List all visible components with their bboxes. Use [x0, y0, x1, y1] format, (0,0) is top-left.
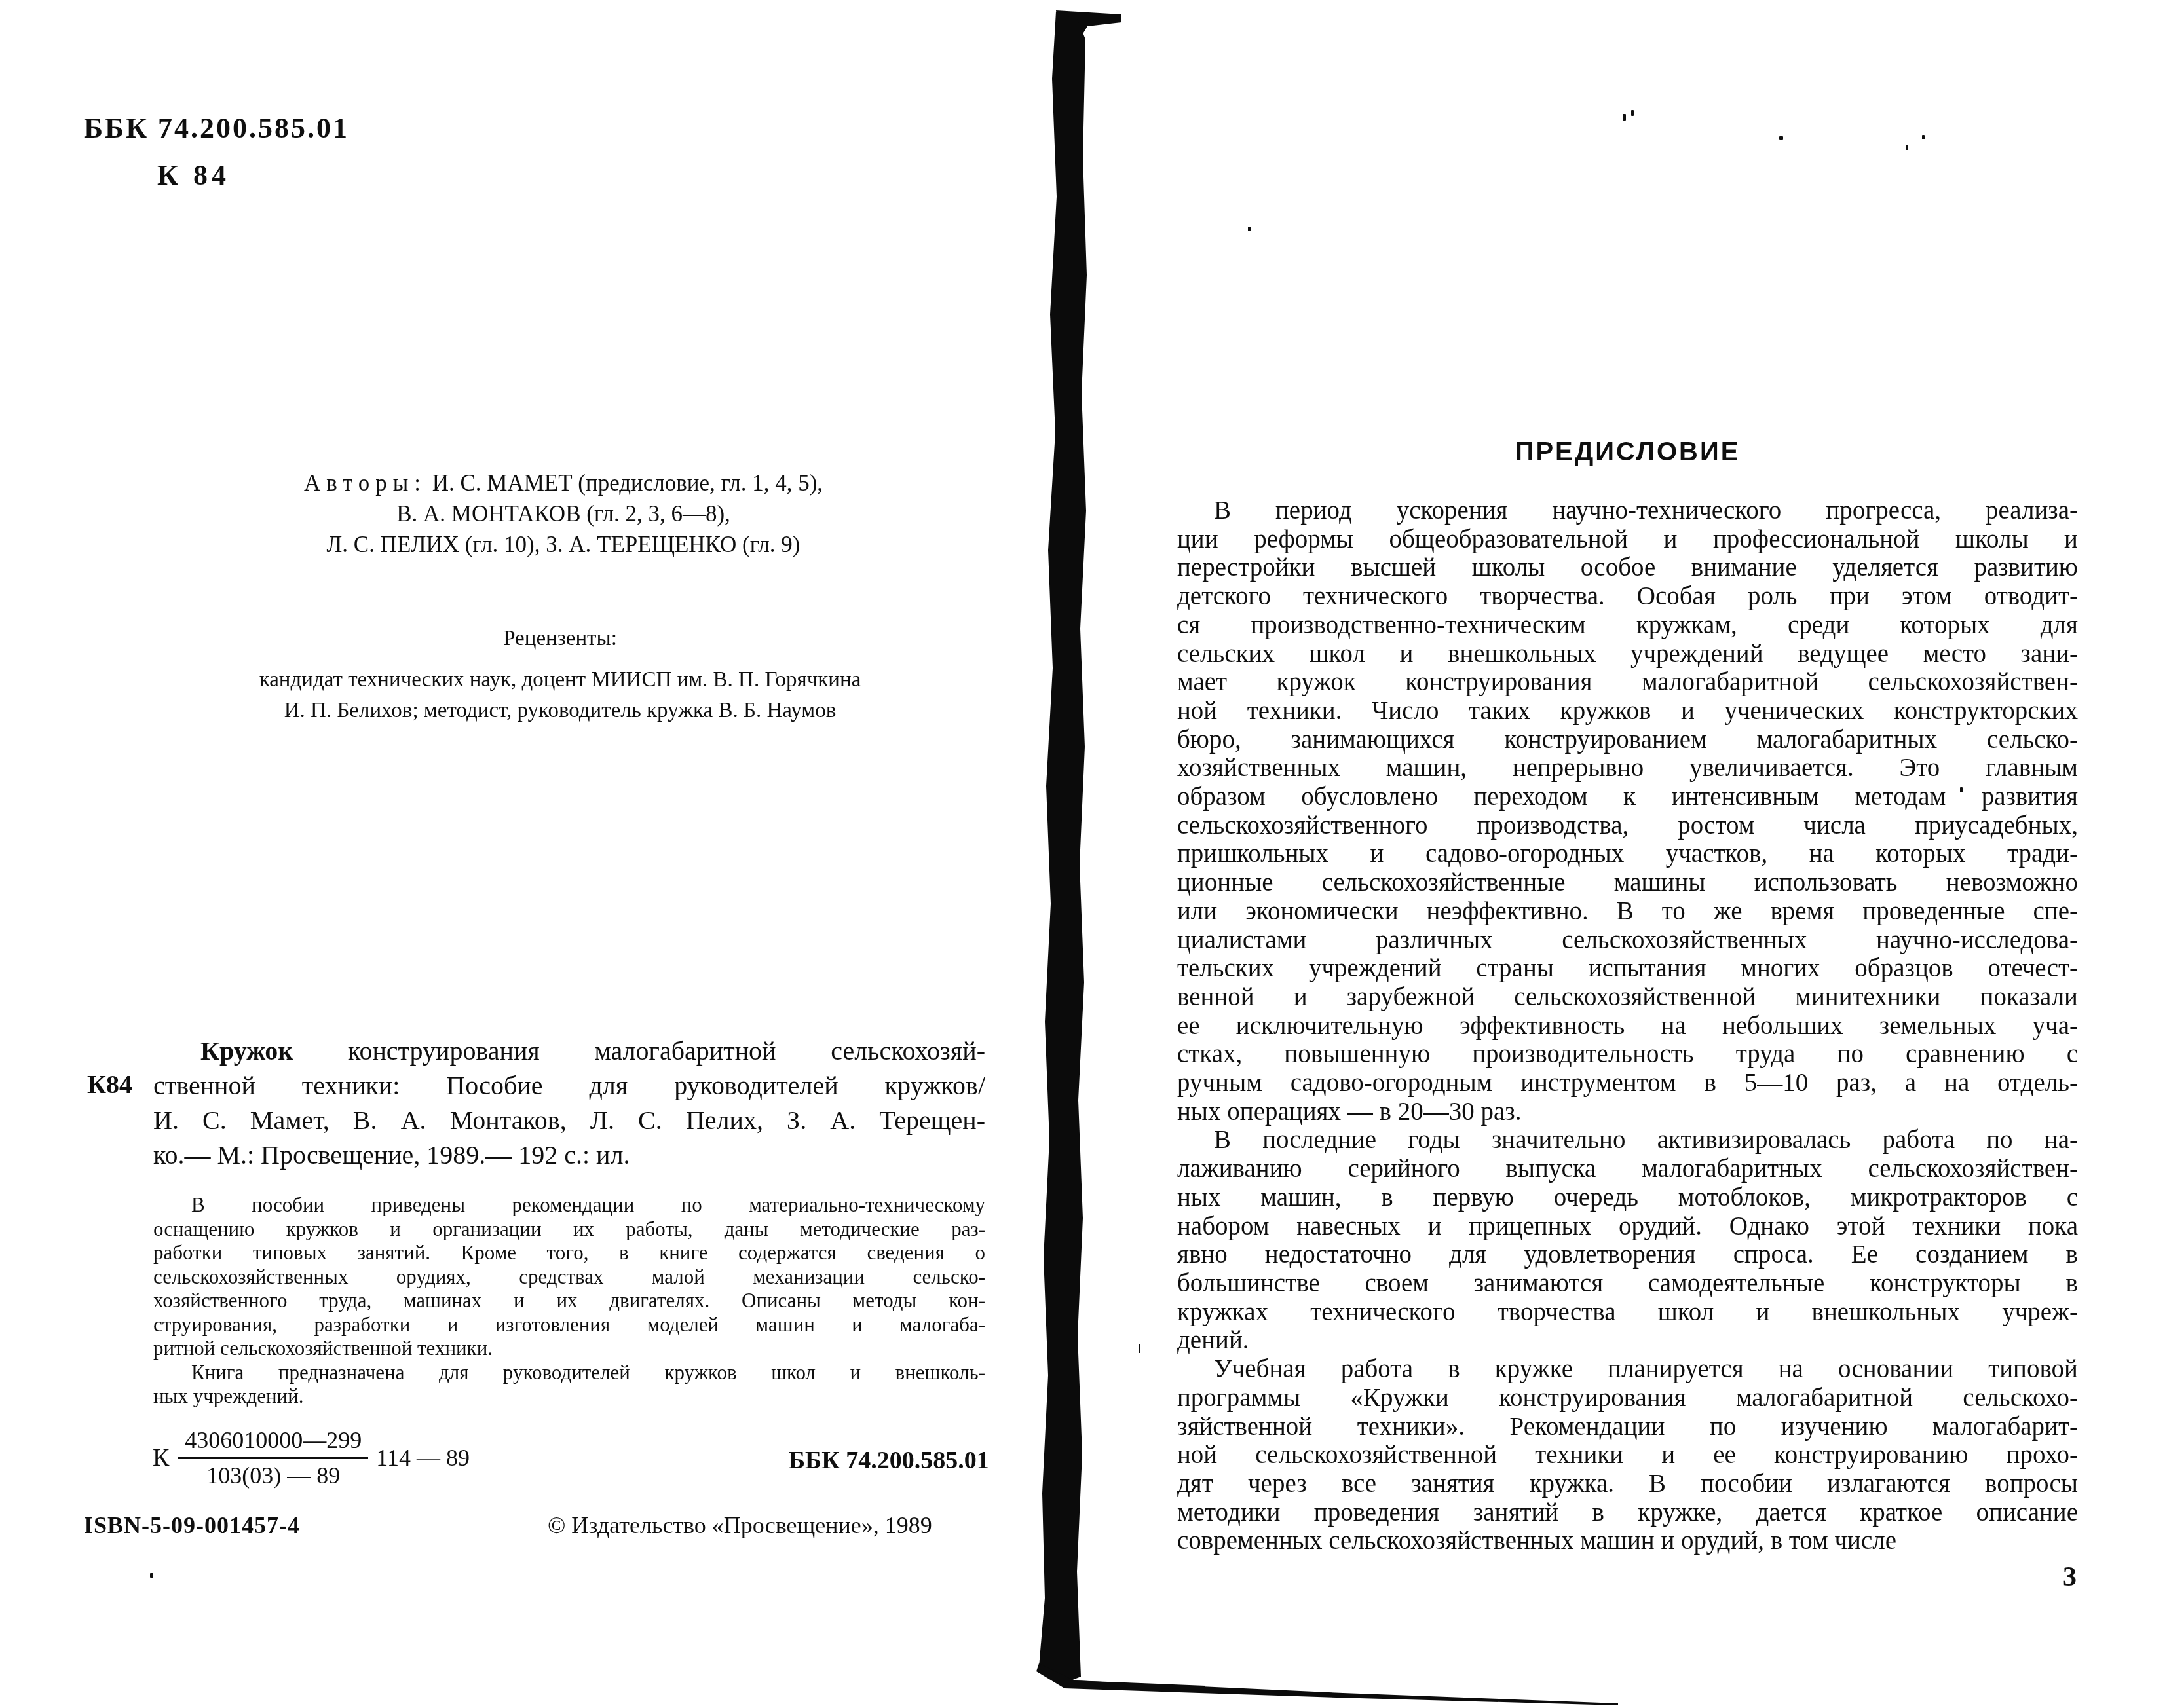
- text-line: образом обусловлено переходом к интенсив…: [1177, 783, 2078, 811]
- reviewer-line: И. П. Белихов; методист, руководитель кр…: [151, 696, 970, 726]
- text-line: сельскохозяйственного производства, рост…: [1177, 811, 2078, 840]
- authors-line: Авторы: И. С. МАМЕТ (предисловие, гл. 1,…: [183, 468, 943, 498]
- text-line: хозяйственных машин, непрерывно увеличив…: [1177, 754, 2078, 783]
- scan-speck: [1248, 227, 1251, 231]
- catalog-card-title-word: Кружок: [200, 1036, 293, 1066]
- annotation-paragraph: В пособии приведены рекомендации по мате…: [153, 1193, 985, 1361]
- catalog-number-formula: К 4306010000—299 103(03) — 89 114 — 89: [153, 1426, 470, 1489]
- text-line: ручным садово-огородным инструментом в 5…: [1177, 1069, 2078, 1098]
- catalog-margin-code: К84: [87, 1069, 132, 1100]
- catalog-number-denominator: 103(03) — 89: [178, 1459, 368, 1489]
- reviewers-block: Рецензенты: кандидат технических наук, д…: [151, 623, 970, 726]
- bbk-classification-code: ББК 74.200.585.01: [84, 111, 349, 145]
- text-line: ной техники. Число таких кружков и учени…: [1177, 697, 2078, 726]
- text-line: дят через все занятия кружка. В пособии …: [1177, 1470, 2078, 1498]
- text-line: детского технического творчества. Особая…: [1177, 582, 2078, 611]
- text-line: лаживанию серийного выпуска малогабаритн…: [1177, 1155, 2078, 1183]
- page-number: 3: [1998, 1561, 2077, 1593]
- scan-speck: [1922, 135, 1925, 139]
- text-line: бюро, занимающихся конструированием мало…: [1177, 726, 2078, 754]
- text-line: В период ускорения научно-технического п…: [1177, 496, 2078, 525]
- text-line: струирования, разработки и изготовления …: [153, 1313, 985, 1337]
- foreword-paragraph: В последние годы значительно активизиров…: [1177, 1126, 2078, 1355]
- text-line: ных машин, в первую очередь мотоблоков, …: [1177, 1183, 2078, 1212]
- text-line: программы «Кружки конструирования малога…: [1177, 1384, 2078, 1413]
- text-line: большинстве своем занимаются самодеятель…: [1177, 1269, 2078, 1298]
- catalog-number-prefix: К: [153, 1443, 169, 1472]
- isbn-number: ISBN-5-09-001457-4: [84, 1512, 300, 1539]
- scan-speck: [1906, 145, 1908, 150]
- catalog-number-suffix: 114 — 89: [376, 1444, 470, 1472]
- reviewer-line: кандидат технических наук, доцент МИИСП …: [151, 665, 970, 696]
- catalog-card-lines: ственной техники: Пособие для руководите…: [153, 1068, 985, 1172]
- text-line: циалистами различных сельскохозяйственны…: [1177, 926, 2078, 955]
- catalog-card: Кружок конструирования малогабаритной се…: [153, 1033, 985, 1172]
- text-line: ся производственно-техническим кружкам, …: [1177, 611, 2078, 640]
- author-sign-code: К 84: [157, 158, 230, 192]
- text-line: ственной техники: Пособие для руководите…: [153, 1068, 985, 1103]
- catalog-card-line: Кружок конструирования малогабаритной се…: [153, 1033, 985, 1068]
- text-line: сельскохозяйственных орудиях, средствах …: [153, 1265, 985, 1290]
- book-spread-scan: ББК 74.200.585.01 К 84 Авторы: И. С. МАМ…: [0, 0, 2167, 1708]
- scan-speck: [1623, 114, 1626, 121]
- copyright-line: © Издательство «Просвещение», 1989: [548, 1512, 932, 1539]
- text-line: стках, повышенную производительность тру…: [1177, 1040, 2078, 1069]
- annotation-paragraph: Книга предназначена для руководителей кр…: [153, 1361, 985, 1409]
- text-line: венной и зарубежной сельскохозяйственной…: [1177, 983, 2078, 1012]
- foreword-text: В период ускорения научно-технического п…: [1177, 496, 2078, 1555]
- text-line: пришкольных и садово-огородных участков,…: [1177, 840, 2078, 868]
- text-line: набором навесных и прицепных орудий. Одн…: [1177, 1212, 2078, 1241]
- catalog-number-numerator: 4306010000—299: [178, 1426, 368, 1459]
- foreword-paragraph: В период ускорения научно-технического п…: [1177, 496, 2078, 1126]
- text-line: ных учреждений.: [153, 1384, 985, 1409]
- text-line: работки типовых занятий. Кроме того, в к…: [153, 1241, 985, 1265]
- scan-speck: [1960, 787, 1963, 792]
- text-line: ритной сельскохозяйственной техники.: [153, 1337, 985, 1361]
- text-line: В пособии приведены рекомендации по мате…: [153, 1193, 985, 1217]
- catalog-card-first-line-text: конструирования малогабаритной сельскохо…: [293, 1036, 985, 1066]
- text-line: перестройки высшей школы особое внимание…: [1177, 553, 2078, 582]
- text-line: оснащению кружков и организации их работ…: [153, 1217, 985, 1242]
- text-line: тельских учреждений страны испытания мно…: [1177, 954, 2078, 983]
- text-line: ных операциях — в 20—30 раз.: [1177, 1098, 2078, 1126]
- text-line: сельских школ и внешкольных учреждений в…: [1177, 640, 2078, 669]
- authors-label: Авторы:: [304, 470, 426, 496]
- text-line: явно недостаточно для удовлетворения спр…: [1177, 1240, 2078, 1269]
- text-line: дений.: [1177, 1326, 2078, 1355]
- text-line: методики проведения занятий в кружке, да…: [1177, 1498, 2078, 1527]
- text-line: Книга предназначена для руководителей кр…: [153, 1361, 985, 1385]
- scan-speck: [1631, 110, 1634, 116]
- text-line: В последние годы значительно активизиров…: [1177, 1126, 2078, 1155]
- text-line: ционные сельскохозяйственные машины испо…: [1177, 868, 2078, 897]
- bbk-classification-bottom: ББК 74.200.585.01: [789, 1446, 989, 1475]
- text-line: Учебная работа в кружке планируется на о…: [1177, 1355, 2078, 1384]
- text-line: зяйственной техники». Рекомендации по из…: [1177, 1413, 2078, 1441]
- text-line: ции реформы общеобразовательной и профес…: [1177, 525, 2078, 554]
- authors-block: Авторы: И. С. МАМЕТ (предисловие, гл. 1,…: [183, 468, 943, 560]
- scan-speck: [150, 1573, 153, 1578]
- text-line: современных сельскохозяйственных машин и…: [1177, 1527, 2078, 1555]
- foreword-paragraph: Учебная работа в кружке планируется на о…: [1177, 1355, 2078, 1555]
- annotation-block: В пособии приведены рекомендации по мате…: [153, 1193, 985, 1409]
- text-line: ее исключительную эффективность на небол…: [1177, 1012, 2078, 1041]
- text-line: хозяйственного труда, машинах и их двига…: [153, 1289, 985, 1313]
- authors-line: Л. С. ПЕЛИХ (гл. 10), З. А. ТЕРЕЩЕНКО (г…: [183, 529, 943, 560]
- reviewers-heading: Рецензенты:: [151, 623, 970, 654]
- authors-line: В. А. МОНТАКОВ (гл. 2, 3, 6—8),: [183, 498, 943, 529]
- scan-speck: [1779, 136, 1783, 140]
- text-line: мает кружок конструирования малогабаритн…: [1177, 668, 2078, 697]
- text-line: И. С. Мамет, В. А. Монтаков, Л. С. Пелих…: [153, 1103, 985, 1138]
- scan-speck: [1139, 1344, 1140, 1353]
- text-line: кружках технического творчества школ и в…: [1177, 1298, 2078, 1327]
- text-line: ной сельскохозяйственной техники и ее ко…: [1177, 1441, 2078, 1470]
- catalog-number-fraction: 4306010000—299 103(03) — 89: [178, 1426, 368, 1489]
- text-line: или экономически неэффективно. В то же в…: [1177, 897, 2078, 926]
- text-line: ко.— М.: Просвещение, 1989.— 192 с.: ил.: [153, 1138, 985, 1172]
- chapter-heading: ПРЕДИСЛОВИЕ: [1177, 437, 2078, 467]
- authors-line1-text: И. С. МАМЕТ (предисловие, гл. 1, 4, 5),: [432, 470, 823, 496]
